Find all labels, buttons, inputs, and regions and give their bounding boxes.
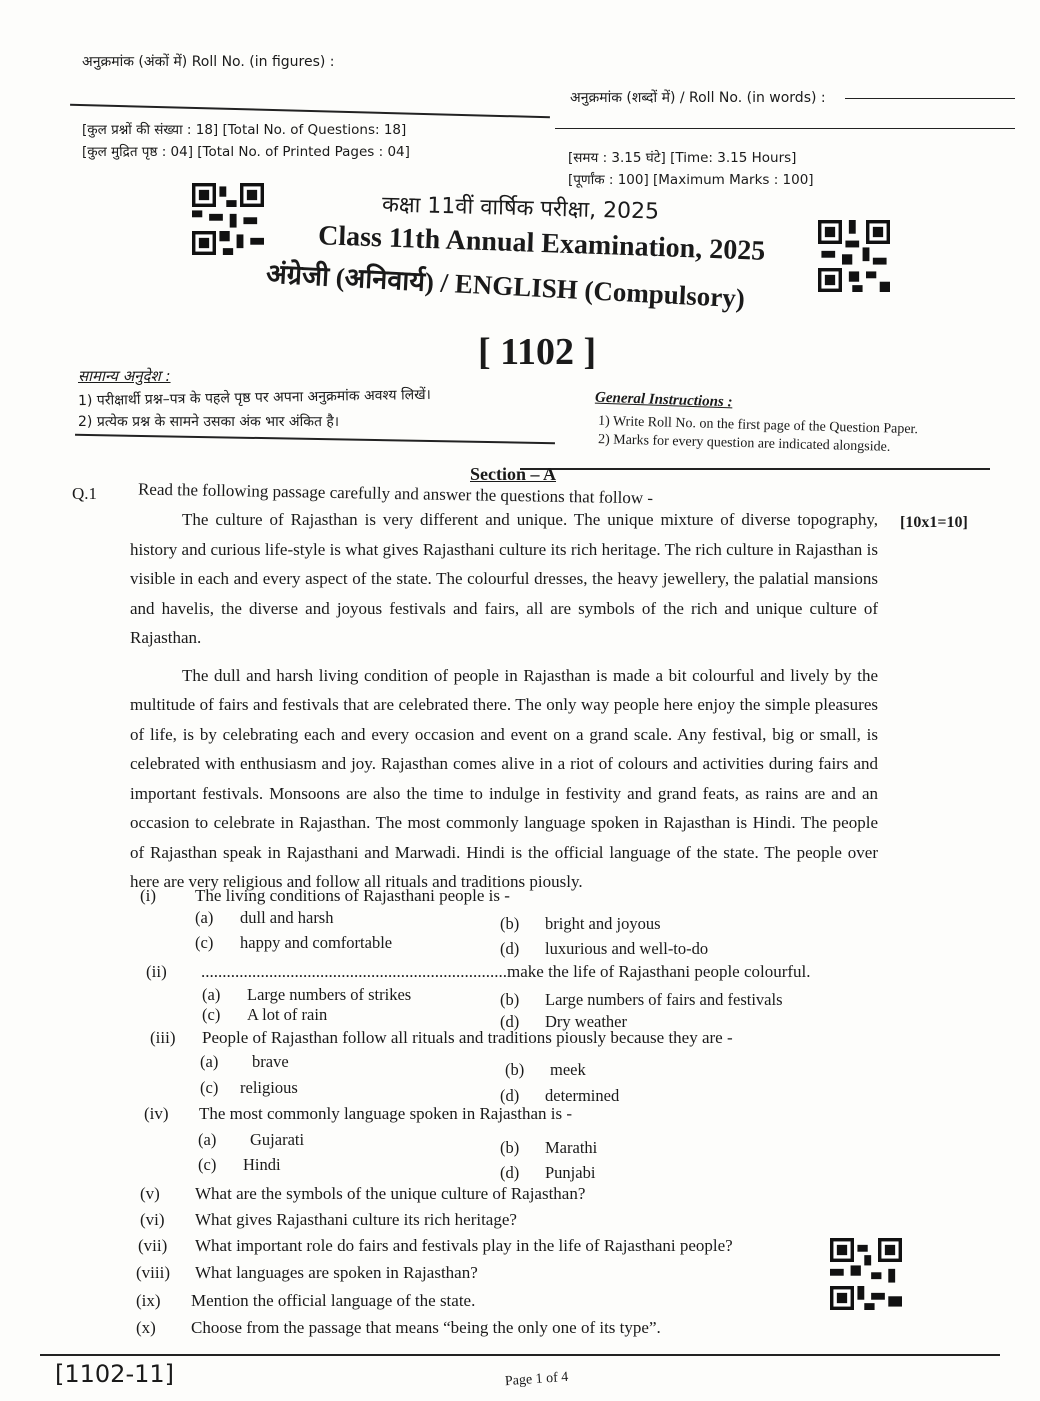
section-heading: Section – A (470, 464, 556, 485)
option: (b)meek (505, 1060, 586, 1080)
time: [समय : 3.15 घंटे] [Time: 3.15 Hours] (568, 148, 796, 166)
option: (d)luxurious and well-to-do (500, 939, 708, 959)
option: (c)happy and comfortable (195, 933, 392, 953)
option: (a)Large numbers of strikes (202, 985, 411, 1005)
option: (b)Large numbers of fairs and festivals (500, 990, 783, 1010)
subquestion: (x)Choose from the passage that means “b… (136, 1318, 661, 1338)
qr-code-icon (192, 183, 264, 255)
option: (a)brave (200, 1052, 289, 1072)
passage-paragraph-2: The dull and harsh living condition of p… (130, 661, 878, 897)
divider (75, 434, 555, 444)
option: (c)A lot of rain (202, 1005, 327, 1025)
qr-code-icon (830, 1238, 902, 1310)
question-marks: [10x1=10] (900, 514, 968, 532)
max-marks: [पूर्णांक : 100] [Maximum Marks : 100] (568, 170, 814, 188)
roll-no-words-label: अनुक्रमांक (शब्दों में) / Roll No. (in w… (570, 88, 826, 107)
subquestion: (i)The living conditions of Rajasthani p… (140, 886, 510, 906)
question-number: Q.1 (72, 484, 97, 504)
footer-paper-code: [1102-11] (55, 1360, 174, 1388)
subquestion: (v)What are the symbols of the unique cu… (140, 1184, 585, 1204)
divider (555, 128, 1015, 129)
option: (c)religious (200, 1078, 298, 1098)
title-hindi: कक्षा 11वीं वार्षिक परीक्षा, 2025 (382, 188, 660, 225)
english-instructions-heading: General Instructions : (595, 390, 733, 412)
passage-paragraph-1: The culture of Rajasthan is very differe… (130, 505, 878, 653)
option: (b)Marathi (500, 1138, 597, 1158)
divider (520, 468, 990, 470)
roll-no-figures-label: अनुक्रमांक (अंकों में) Roll No. (in figu… (82, 52, 335, 71)
subquestion: (iii)People of Rajasthan follow all ritu… (150, 1028, 733, 1048)
subquestion: (vi)What gives Rajasthani culture its ri… (140, 1210, 517, 1230)
option: (a)Gujarati (198, 1130, 304, 1150)
total-questions: [कुल प्रश्नों की संख्या : 18] [Total No.… (82, 120, 406, 138)
subquestion: (vii)What important role do fairs and fe… (138, 1236, 733, 1256)
roll-no-words-line (845, 98, 1015, 99)
option: (b)bright and joyous (500, 914, 661, 934)
subquestion: (viii)What languages are spoken in Rajas… (136, 1263, 478, 1283)
paper-code-title: [ 1102 ] (478, 330, 596, 374)
subquestion: (ix)Mention the official language of the… (136, 1291, 475, 1311)
hindi-instruction-1: 1) परीक्षार्थी प्रश्न–पत्र के पहले पृष्ठ… (78, 385, 431, 410)
passage: The culture of Rajasthan is very differe… (130, 505, 878, 897)
hindi-instructions-heading: सामान्य अनुदेश : (78, 366, 171, 386)
qr-code-icon (818, 220, 890, 292)
option: (d)Punjabi (500, 1163, 595, 1183)
option: (c)Hindi (198, 1155, 281, 1175)
option: (a)dull and harsh (195, 908, 333, 928)
total-pages: [कुल मुद्रित पृष्ठ : 04] [Total No. of P… (82, 142, 410, 160)
subquestion: (ii)....................................… (146, 962, 811, 982)
roll-no-figures-line (70, 104, 550, 119)
option: (d)determined (500, 1086, 619, 1106)
footer-divider (40, 1354, 1000, 1356)
hindi-instruction-2: 2) प्रत्येक प्रश्न के सामने उसका अंक भार… (78, 412, 339, 431)
page-number: Page 1 of 4 (505, 1370, 569, 1390)
subquestion: (iv)The most commonly language spoken in… (144, 1104, 572, 1124)
